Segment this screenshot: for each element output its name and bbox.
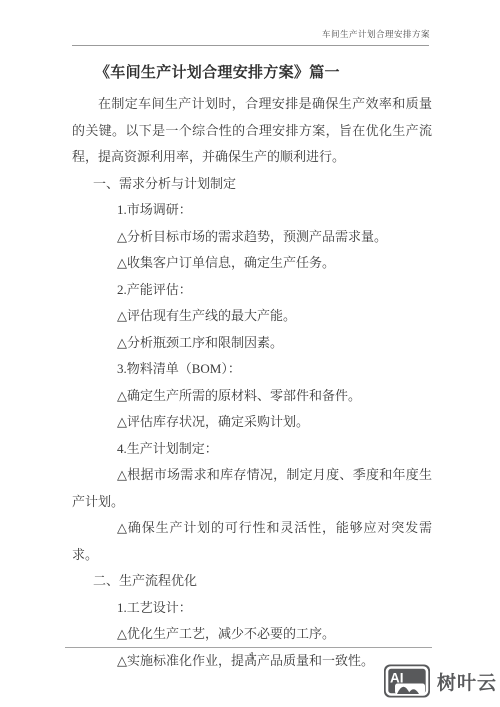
list-item: △分析目标市场的需求趋势，预测产品需求量。 [72, 224, 432, 251]
list-item: △根据市场需求和库存情况，制定月度、季度和年度生产计划。 [72, 462, 432, 515]
header-divider [72, 45, 429, 46]
list-item: 1.工艺设计： [72, 595, 432, 622]
watermark-brand: 树叶云 [437, 668, 497, 695]
doc-title: 《车间生产计划合理安排方案》篇一 [95, 61, 340, 82]
list-item: △确保生产计划的可行性和灵活性，能够应对突发需求。 [72, 515, 432, 568]
list-item: 4.生产计划制定： [72, 436, 432, 463]
list-item: 1.市场调研： [72, 197, 432, 224]
list-item: 2.产能评估： [72, 277, 432, 304]
footer-divider [65, 647, 432, 648]
watermark: AI 树叶云 [384, 664, 497, 698]
document-body: 在制定车间生产计划时，合理安排是确保生产效率和质量的关键。以下是一个综合性的合理… [72, 91, 432, 674]
svg-text:AI: AI [390, 671, 404, 686]
section-heading: 一、需求分析与计划制定 [72, 171, 432, 198]
list-item: 3.物料清单（BOM）： [72, 356, 432, 383]
section-heading: 二、生产流程优化 [72, 568, 432, 595]
document-page: 车间生产计划合理安排方案 《车间生产计划合理安排方案》篇一 在制定车间生产计划时… [0, 0, 500, 707]
list-item: △评估现有生产线的最大产能。 [72, 303, 432, 330]
ai-image-icon: AI [384, 664, 430, 698]
list-item: △评估库存状况，确定采购计划。 [72, 409, 432, 436]
list-item: △优化生产工艺，减少不必要的工序。 [72, 621, 432, 648]
list-item: △确定生产所需的原材料、零部件和备件。 [72, 383, 432, 410]
page-number: 1 [72, 650, 432, 662]
list-item: △收集客户订单信息，确定生产任务。 [72, 250, 432, 277]
header-title: 车间生产计划合理安排方案 [322, 28, 430, 40]
list-item: △分析瓶颈工序和限制因素。 [72, 330, 432, 357]
paragraph-intro: 在制定车间生产计划时，合理安排是确保生产效率和质量的关键。以下是一个综合性的合理… [72, 91, 432, 171]
